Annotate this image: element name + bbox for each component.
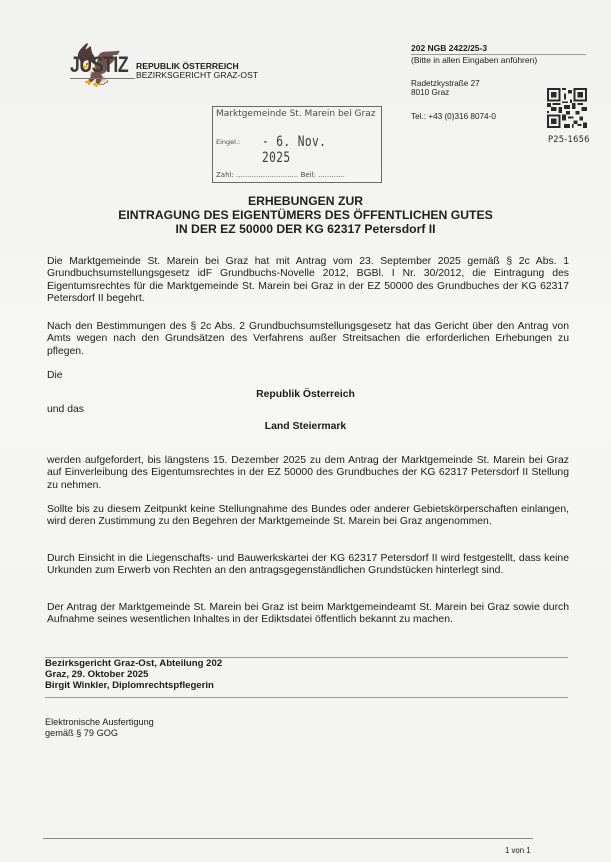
reference-block: 202 NGB 2422/25-3 (Bitte in allen Eingab…	[411, 43, 586, 65]
party-republik: Republik Österreich	[0, 389, 611, 400]
logo-text: JUSTIZ	[70, 52, 128, 78]
qr-code-icon	[546, 88, 588, 128]
title-line2: EINTRAGUNG DES EIGENTÜMERS DES ÖFFENTLIC…	[0, 208, 611, 222]
qr-code-label: P25-1656	[548, 134, 590, 144]
justiz-logo: 🦅 JUSTIZ	[68, 42, 130, 90]
divider	[45, 697, 568, 698]
signature-name: Birgit Winkler, Diplomrechtspflegerin	[45, 680, 222, 691]
title-line1: ERHEBUNGEN ZUR	[0, 194, 611, 208]
org-line2: BEZIRKSGERICHT GRAZ-OST	[136, 71, 258, 80]
court-address: Radetzkystraße 27 8010 Graz	[411, 79, 480, 98]
document-page: 🦅 JUSTIZ REPUBLIK ÖSTERREICH BEZIRKSGERI…	[0, 0, 611, 862]
stamp-received-label: Eingel.:	[216, 138, 240, 146]
address-line1: Radetzkystraße 27	[411, 79, 480, 88]
paragraph-5: Durch Einsicht in die Liegenschafts- und…	[47, 553, 569, 578]
paragraph-6: Der Antrag der Marktgemeinde St. Marein …	[47, 602, 569, 627]
court-name: REPUBLIK ÖSTERREICH BEZIRKSGERICHT GRAZ-…	[136, 62, 258, 81]
electronic-line2: gemäß § 79 GOG	[45, 728, 154, 739]
telephone: Tel.: +43 (0)316 8074-0	[411, 112, 496, 121]
address-line2: 8010 Graz	[411, 88, 480, 97]
paragraph-4: Sollte bis zu diesem Zeitpunkt keine Ste…	[47, 504, 569, 529]
electronic-line1: Elektronische Ausfertigung	[45, 717, 154, 728]
paragraph-2: Nach den Bestimmungen des § 2c Abs. 2 Gr…	[47, 321, 569, 358]
text-die: Die	[47, 370, 569, 382]
signature-date: Graz, 29. Oktober 2025	[45, 669, 222, 680]
document-title: ERHEBUNGEN ZUR EINTRAGUNG DES EIGENTÜMER…	[0, 194, 611, 236]
party-land: Land Steiermark	[0, 421, 611, 432]
signature-block: Bezirksgericht Graz-Ost, Abteilung 202 G…	[45, 658, 222, 692]
reference-note: (Bitte in allen Eingaben anführen)	[411, 55, 586, 65]
footer-divider	[43, 838, 533, 839]
text-und-das: und das	[47, 404, 569, 416]
reference-number: 202 NGB 2422/25-3	[411, 43, 586, 55]
stamp-recipient: Marktgemeinde St. Marein bei Graz	[216, 109, 375, 119]
paragraph-1: Die Marktgemeinde St. Marein bei Graz ha…	[47, 256, 569, 305]
title-line3: IN DER EZ 50000 DER KG 62317 Petersdorf …	[0, 222, 611, 236]
stamp-received-date: - 6. Nov. 2025	[262, 134, 357, 166]
electronic-copy-note: Elektronische Ausfertigung gemäß § 79 GO…	[45, 717, 154, 739]
stamp-footer: Zahl: ............................ Beil:…	[216, 171, 345, 179]
paragraph-3: werden aufgefordert, bis längstens 15. D…	[47, 455, 569, 492]
receipt-stamp: Marktgemeinde St. Marein bei Graz Eingel…	[212, 106, 382, 183]
page-number: 1 von 1	[505, 846, 531, 855]
signature-court: Bezirksgericht Graz-Ost, Abteilung 202	[45, 658, 222, 669]
